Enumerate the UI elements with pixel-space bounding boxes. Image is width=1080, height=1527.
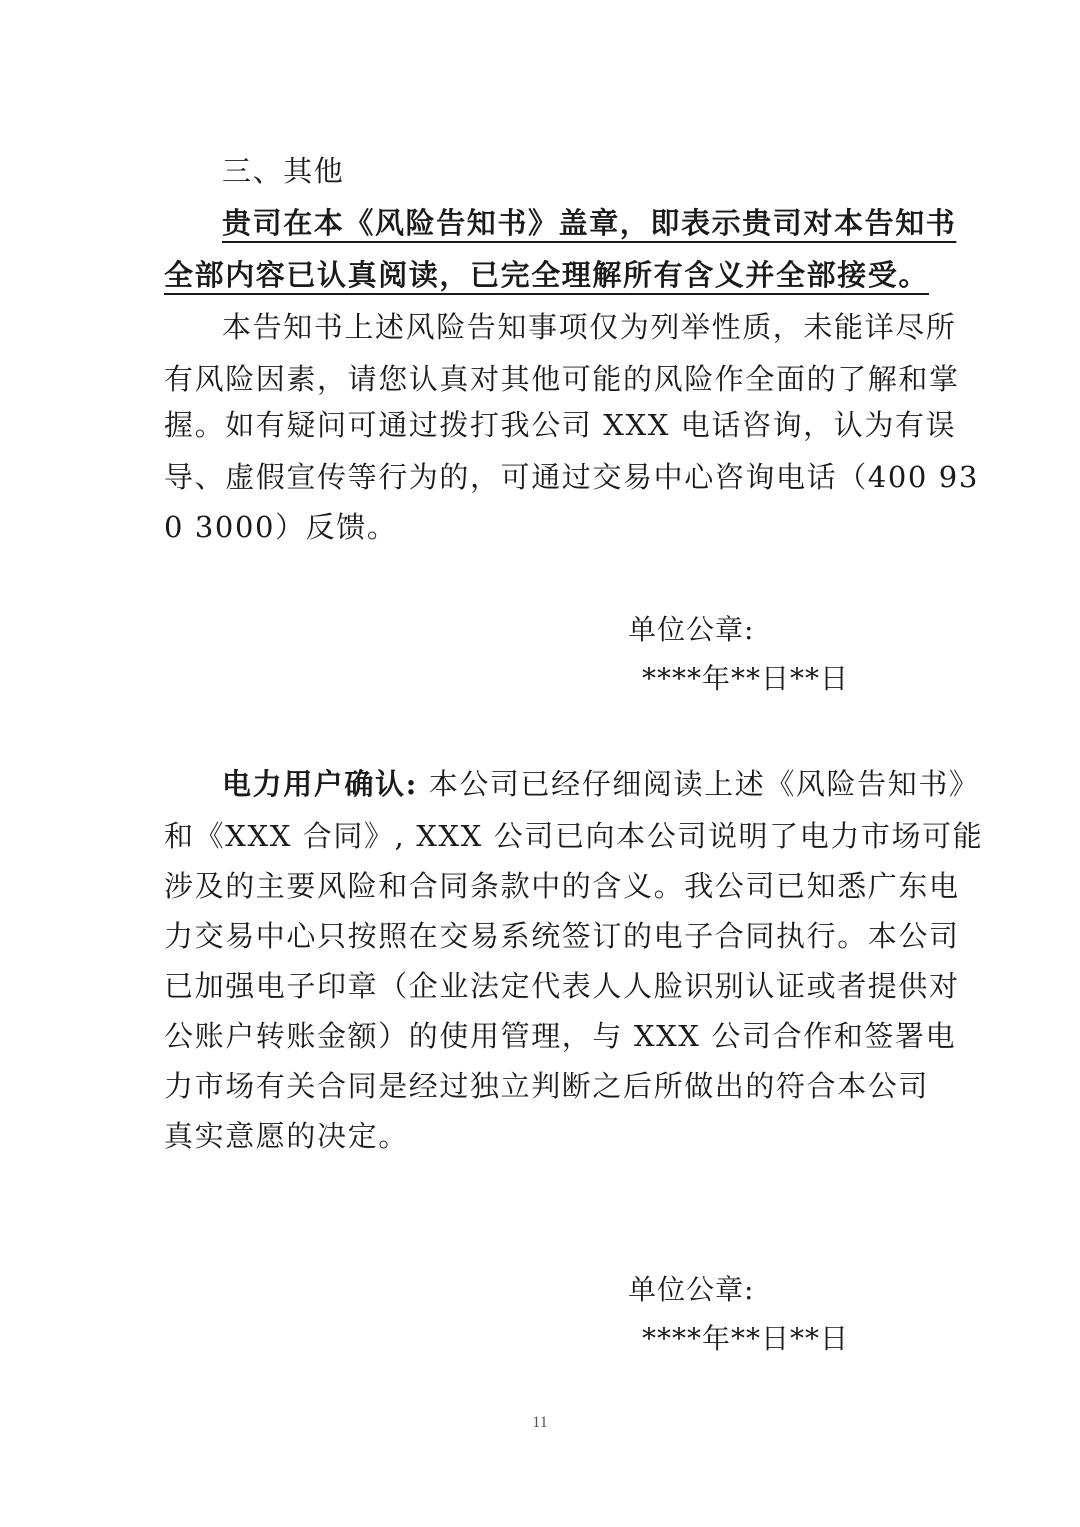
page-number: 11 <box>0 1414 1080 1432</box>
confirmation-line-7: 力市场有关合同是经过独立判断之后所做出的符合本公司 <box>164 1068 924 1104</box>
seal-date-2: ****年**日**日 <box>642 1321 849 1357</box>
confirmation-line-1: 电力用户确认: 本公司已经仔细阅读上述《风险告知书》 <box>222 766 982 802</box>
seal-label-2: 单位公章: <box>628 1272 754 1308</box>
paragraph-line-1: 本告知书上述风险告知事项仅为列举性质，未能详尽所 <box>222 309 982 345</box>
confirmation-label: 电力用户确认: <box>222 767 418 801</box>
section-heading: 三、其他 <box>222 153 982 189</box>
notice-line-1: 贵司在本《风险告知书》盖章，即表示贵司对本告知书 <box>222 205 982 241</box>
confirmation-line-2: 和《XXX 合同》, XXX 公司已向本公司说明了电力市场可能 <box>164 818 924 854</box>
paragraph-line-3: 握。如有疑问可通过拨打我公司 XXX 电话咨询，认为有误 <box>164 407 924 443</box>
confirmation-line-6: 公账户转账金额）的使用管理，与 XXX 公司合作和签署电 <box>164 1018 924 1054</box>
seal-date-1: ****年**日**日 <box>642 661 849 697</box>
paragraph-line-5: 0 3000）反馈。 <box>164 509 924 545</box>
notice-line-2: 全部内容已认真阅读，已完全理解所有含义并全部接受。 <box>164 257 924 293</box>
paragraph-line-4: 导、虚假宣传等行为的，可通过交易中心咨询电话（400 93 <box>164 459 924 495</box>
paragraph-line-2: 有风险因素，请您认真对其他可能的风险作全面的了解和掌 <box>164 361 924 397</box>
seal-label-1: 单位公章: <box>628 612 754 648</box>
confirmation-line-4: 力交易中心只按照在交易系统签订的电子合同执行。本公司 <box>164 918 924 954</box>
confirmation-line-5: 已加强电子印章（企业法定代表人人脸识别认证或者提供对 <box>164 968 924 1004</box>
confirmation-text: 本公司已经仔细阅读上述《风险告知书》 <box>418 767 980 801</box>
confirmation-line-8: 真实意愿的决定。 <box>164 1118 924 1154</box>
confirmation-line-3: 涉及的主要风险和合同条款中的含义。我公司已知悉广东电 <box>164 868 924 904</box>
